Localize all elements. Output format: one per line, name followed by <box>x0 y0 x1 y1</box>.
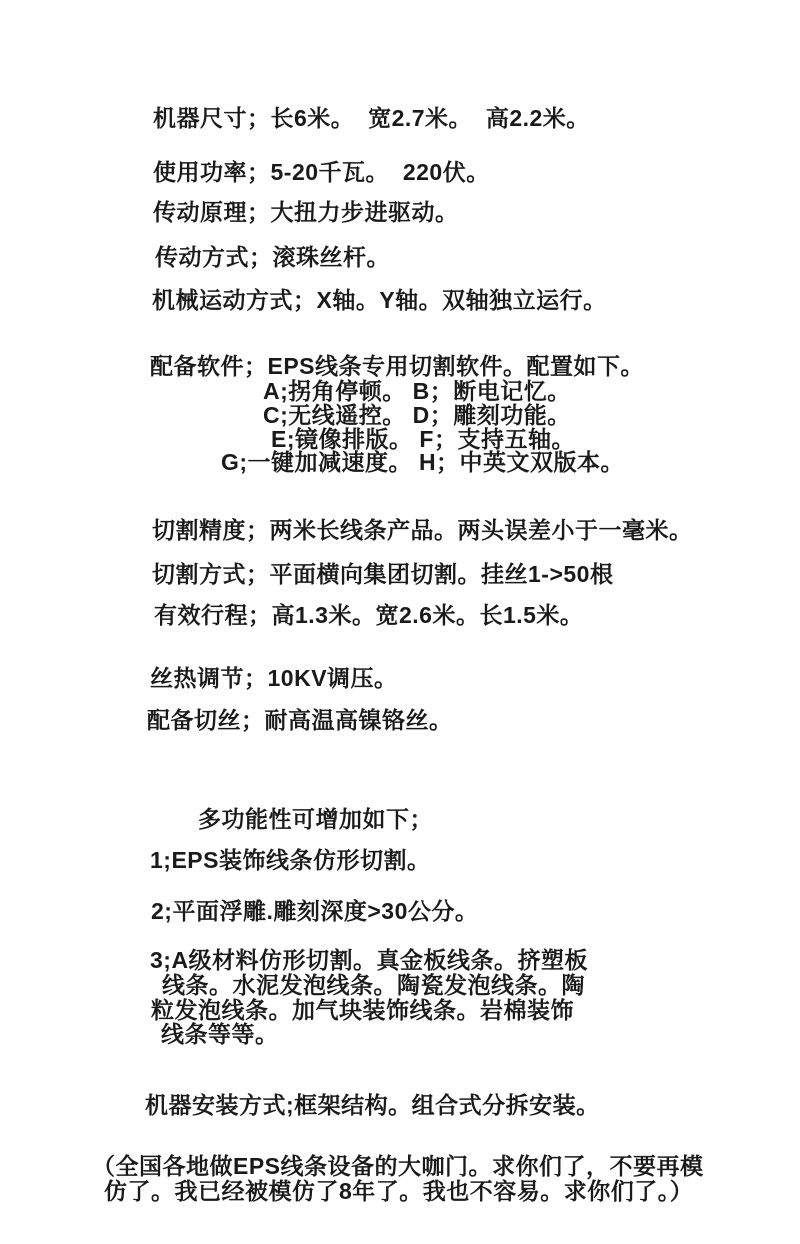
notice-line-2: 仿了。我已经被模仿了8年了。我也不容易。求你们了。） <box>104 1179 693 1204</box>
spec-line-drive-principle: 传动原理；大扭力步进驱动。 <box>153 200 459 225</box>
multifunction-item-1: 1;EPS装饰线条仿形切割。 <box>150 848 430 873</box>
software-item-gh: G;一键加减速度。 H；中英文双版本。 <box>221 450 624 475</box>
spec-line-motion: 机械运动方式；X轴。Y轴。双轴独立运行。 <box>152 288 607 313</box>
spec-line-precision: 切割精度；两米长线条产品。两头误差小于一毫米。 <box>152 518 693 543</box>
spec-line-installation: 机器安装方式;框架结构。组合式分拆安装。 <box>145 1093 600 1118</box>
software-item-ab: A;拐角停顿。 B；断电记忆。 <box>263 379 571 404</box>
multifunction-item-3-line-3: 粒发泡线条。加气块装饰线条。岩棉装饰 <box>151 998 574 1023</box>
software-header: 配备软件；EPS线条专用切割软件。配置如下。 <box>150 354 644 379</box>
spec-line-drive-type: 传动方式；滚珠丝杆。 <box>155 245 390 270</box>
multifunction-item-3-line-1: 3;A级材料仿形切割。真金板线条。挤塑板 <box>150 948 588 973</box>
multifunction-item-2: 2;平面浮雕.雕刻深度>30公分。 <box>151 899 478 924</box>
spec-document-page: 机器尺寸；长6米。 宽2.7米。 高2.2米。 使用功率；5-20千瓦。 220… <box>0 0 800 1244</box>
multifunction-header: 多功能性可增加如下； <box>198 807 433 832</box>
spec-line-wire-heat: 丝热调节；10KV调压。 <box>150 666 398 691</box>
multifunction-item-3-line-2: 线条。水泥发泡线条。陶瓷发泡线条。陶 <box>162 973 585 998</box>
spec-line-travel: 有效行程；高1.3米。宽2.6米。长1.5米。 <box>154 603 583 628</box>
spec-line-wire-type: 配备切丝；耐高温高镍铬丝。 <box>147 708 453 733</box>
software-item-cd: C;无线遥控。 D；雕刻功能。 <box>263 403 571 428</box>
spec-line-cut-method: 切割方式；平面横向集团切割。挂丝1->50根 <box>152 562 613 587</box>
notice-line-1: （全国各地做EPS线条设备的大咖门。求你们了，不要再模 <box>92 1154 704 1179</box>
spec-line-power: 使用功率；5-20千瓦。 220伏。 <box>153 160 490 185</box>
multifunction-item-3-line-4: 线条等等。 <box>161 1022 279 1047</box>
spec-line-dimensions: 机器尺寸；长6米。 宽2.7米。 高2.2米。 <box>153 106 590 131</box>
